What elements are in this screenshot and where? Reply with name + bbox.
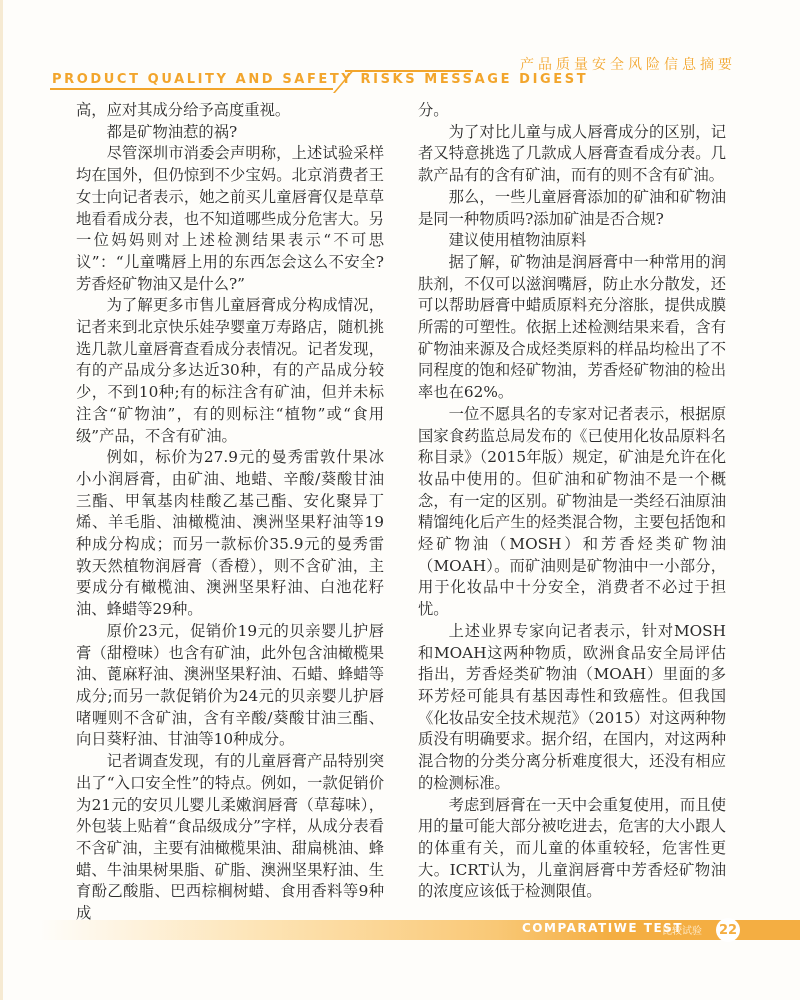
page-number-badge: 22 [716, 918, 740, 942]
footer-column-name-en: COMPARATIWE TEST [522, 921, 683, 935]
paragraph: 上述业界专家向记者表示，针对MOSH和MOAH这两种物质，欧洲食品安全局评估指出… [418, 621, 726, 795]
header-rule-left [50, 88, 333, 90]
article-column-left: 高，应对其成分给予高度重视。 都是矿物油惹的祸? 尽管深圳市消委会声明称，上述试… [76, 100, 384, 925]
page-edge-stripe [0, 0, 3, 1000]
paragraph: 高，应对其成分给予高度重视。 [76, 100, 384, 122]
paragraph: 记者调查发现，有的儿童唇膏产品特别突出了“入口安全性”的特点。例如，一款促销价为… [76, 751, 384, 925]
paragraph: 那么，一些儿童唇膏添加的矿油和矿物油是同一种物质吗?添加矿油是否合规? [418, 187, 726, 230]
paragraph: 分。 [418, 100, 726, 122]
paragraph: 例如，标价为27.9元的曼秀雷敦什果冰小小润唇膏，由矿油、地蜡、辛酸/葵酸甘油三… [76, 447, 384, 621]
section-title-cn: 产品质量安全风险信息摘要 [520, 54, 736, 74]
footer-column-name-cn: 比较试验 [662, 922, 702, 937]
section-title-en: PRODUCT QUALITY AND SAFETY RISKS MESSAGE… [52, 72, 588, 87]
paragraph: 为了解更多市售儿童唇膏成分构成情况，记者来到北京快乐娃孕婴童万寿路店，随机挑选几… [76, 295, 384, 447]
paragraph: 原价23元，促销价19元的贝亲婴儿护唇膏（甜橙味）也含有矿油，此外包含油橄榄果油… [76, 621, 384, 751]
paragraph: 据了解，矿物油是润唇膏中一种常用的润肤剂，不仅可以滋润嘴唇，防止水分散发，还可以… [418, 252, 726, 404]
page-number: 22 [719, 923, 737, 938]
paragraph: 为了对比儿童与成人唇膏成分的区别，记者又特意挑选了几款成人唇膏查看成分表。几款产… [418, 122, 726, 187]
paragraph: 一位不愿具名的专家对记者表示，根据原国家食药监总局发布的《已使用化妆品原料名称目… [418, 404, 726, 621]
article-column-right: 分。 为了对比儿童与成人唇膏成分的区别，记者又特意挑选了几款成人唇膏查看成分表。… [418, 100, 726, 903]
subheading: 建议使用植物油原料 [418, 230, 726, 252]
subheading: 都是矿物油惹的祸? [76, 122, 384, 144]
paragraph: 尽管深圳市消委会声明称，上述试验采样均在国外，但仍惊到不少宝妈。北京消费者王女士… [76, 143, 384, 295]
paragraph: 考虑到唇膏在一天中会重复使用，而且使用的量可能大部分被吃进去，危害的大小跟人的体… [418, 795, 726, 904]
